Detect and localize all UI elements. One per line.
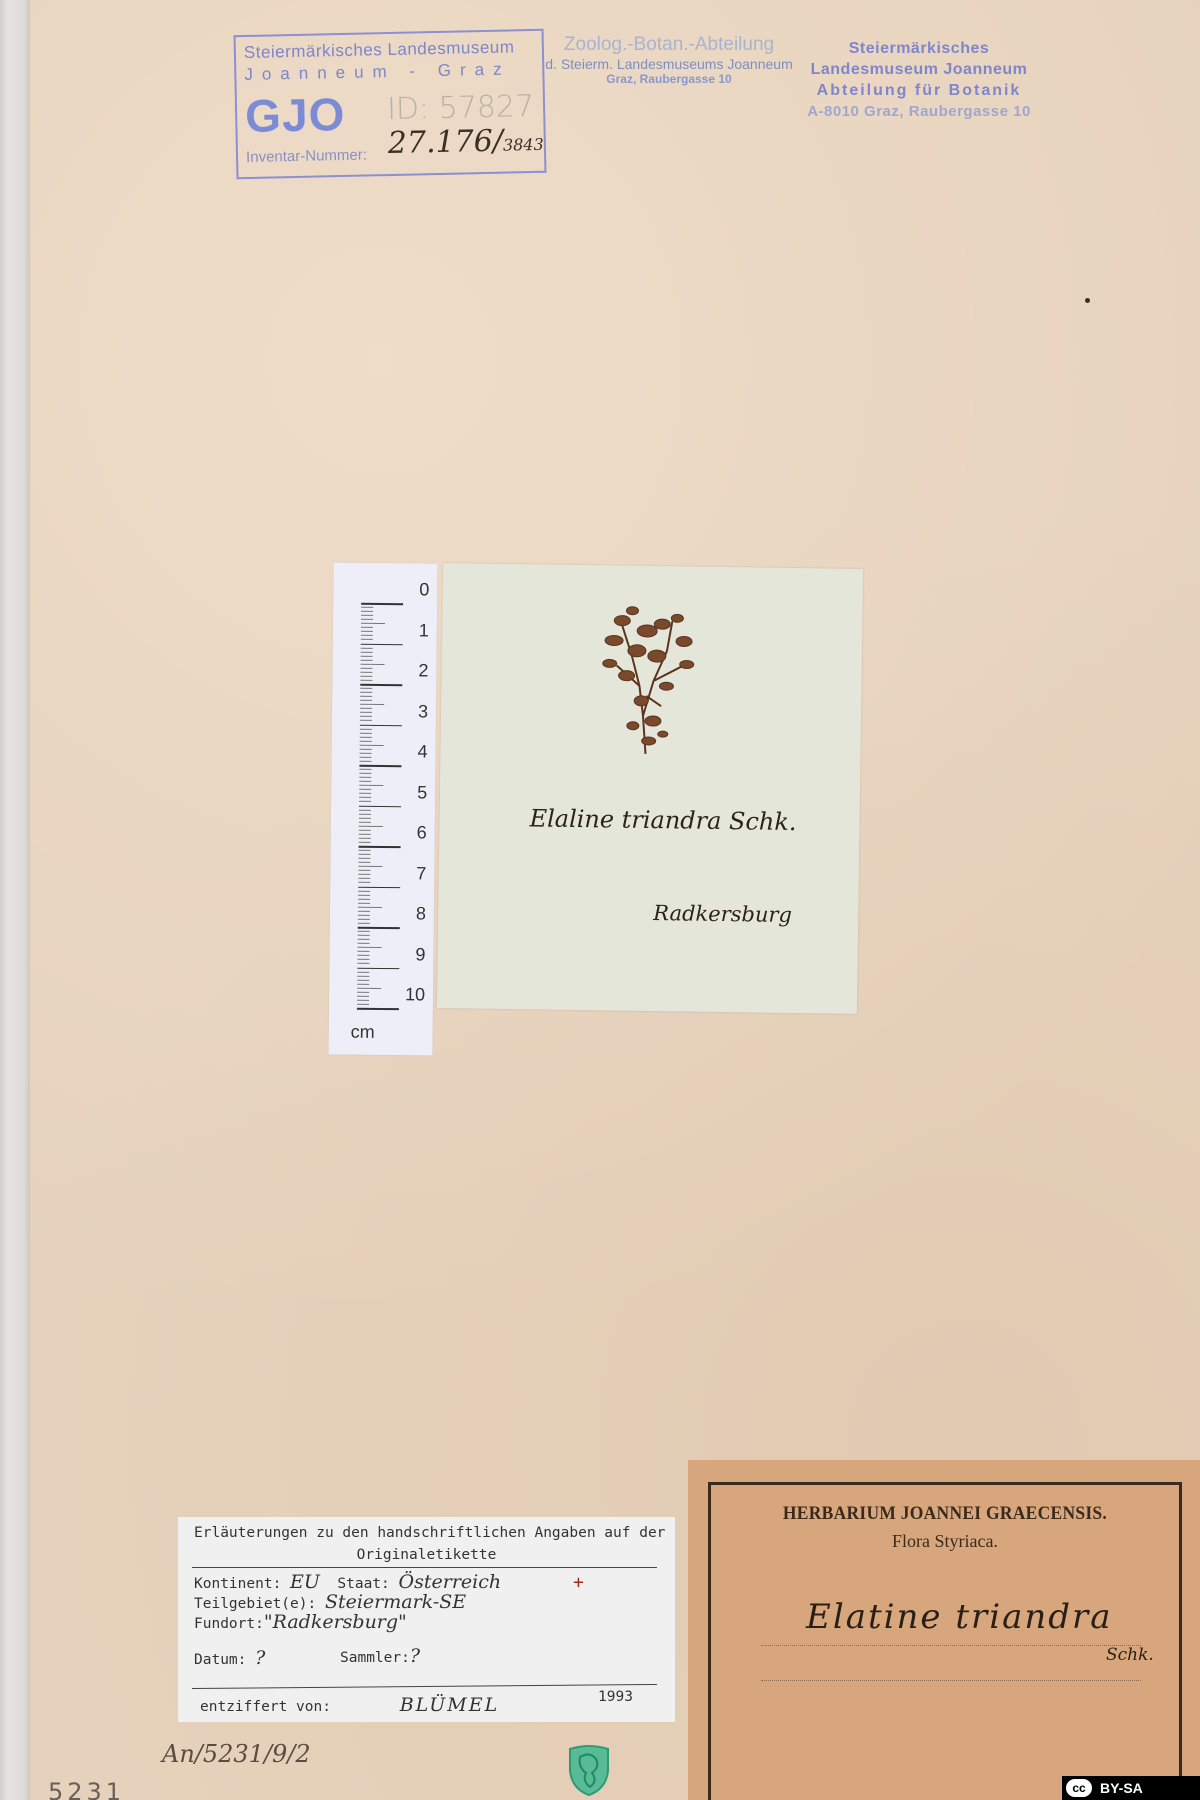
collector-field: Sammler:? xyxy=(340,1645,420,1667)
ruler-tick xyxy=(358,886,400,888)
ruler-tick xyxy=(360,757,372,758)
ruler-tick xyxy=(359,854,371,855)
ruler-tick xyxy=(360,712,372,713)
ruler-tick xyxy=(360,668,372,669)
ruler-tick xyxy=(360,692,372,693)
deciphered-label: entziffert von: xyxy=(200,1699,331,1715)
ruler-tick xyxy=(360,736,372,737)
cm-scale-ruler: cm 012345678910 xyxy=(328,562,437,1055)
ruler-tick xyxy=(360,753,372,754)
ruler-tick xyxy=(360,684,402,686)
locality-value: "Radkersburg" xyxy=(264,1611,407,1633)
ruler-tick xyxy=(361,664,385,665)
ruler-tick xyxy=(360,700,372,701)
ruler-tick xyxy=(358,923,370,924)
ruler-tick xyxy=(360,696,372,697)
ruler-tick xyxy=(360,745,384,746)
continent-label: Kontinent: xyxy=(194,1576,281,1592)
ruler-tick xyxy=(361,627,373,628)
ruler-tick xyxy=(360,672,372,673)
ruler-tick xyxy=(361,659,373,660)
ruler-mark: 9 xyxy=(415,944,425,965)
ruler-tick xyxy=(359,813,371,814)
ruler-tick xyxy=(357,979,369,980)
ruler-tick xyxy=(357,1000,369,1001)
ruler-tick xyxy=(359,825,383,826)
ruler-tick xyxy=(358,878,370,879)
ruler-tick xyxy=(360,704,384,705)
ruler-tick xyxy=(358,902,370,903)
ruler-mark: 5 xyxy=(417,782,427,803)
ruler-mark: 2 xyxy=(418,660,428,681)
transcription-subtitle: Originaletikette xyxy=(178,1547,675,1563)
ruler-tick xyxy=(361,651,373,652)
herbarium-subtitle: Flora Styriaca. xyxy=(711,1531,1179,1552)
botany-department-stamp: Steiermärkisches Landesmuseum Joanneum A… xyxy=(796,38,1042,122)
cc-icon: cc xyxy=(1066,1779,1092,1797)
ruler-tick xyxy=(361,647,373,648)
ruler-tick xyxy=(358,858,370,859)
ruler-tick xyxy=(357,983,369,984)
ruler-tick xyxy=(360,720,372,721)
ruler-tick xyxy=(361,655,373,656)
ruler-tick xyxy=(358,874,370,875)
red-mark: + xyxy=(573,1572,584,1593)
license-badge: cc BY-SA xyxy=(1062,1776,1200,1800)
ruler-tick xyxy=(359,809,371,810)
ruler-tick xyxy=(358,882,370,883)
ruler-tick xyxy=(361,635,373,636)
ruler-tick xyxy=(357,963,369,964)
ruler-tick xyxy=(361,631,373,632)
ruler-tick xyxy=(359,801,371,802)
specimen-id: ID: 57827 xyxy=(387,89,535,127)
dotted-line xyxy=(761,1645,1141,1646)
ruler-tick xyxy=(359,785,383,786)
scanner-edge xyxy=(0,0,30,1800)
stamp-line: Steiermärkisches xyxy=(796,38,1042,59)
herbarium-title: HERBARIUM JOANNEI GRAECENSIS. xyxy=(730,1503,1161,1525)
ruler-tick xyxy=(360,740,372,741)
ruler-tick xyxy=(361,603,403,605)
ruler-tick xyxy=(358,927,400,929)
ruler-tick xyxy=(360,688,372,689)
ruler-tick xyxy=(358,894,370,895)
ruler-tick xyxy=(358,870,370,871)
ruler-tick xyxy=(359,793,371,794)
ruler-tick xyxy=(358,931,370,932)
ruler-tick xyxy=(358,915,370,916)
ruler-tick xyxy=(359,838,371,839)
ruler-tick xyxy=(359,817,371,818)
state-label: Staat: xyxy=(337,1576,389,1592)
ruler-tick xyxy=(360,716,372,717)
ruler-tick xyxy=(359,777,371,778)
ruler-tick xyxy=(359,805,401,807)
date-value: ? xyxy=(255,1647,265,1669)
green-coat-of-arms-icon xyxy=(566,1743,612,1797)
ruler-tick xyxy=(360,680,372,681)
ruler-tick xyxy=(360,728,372,729)
ruler-tick xyxy=(359,765,401,767)
paper-speck xyxy=(1085,298,1090,303)
ruler-tick xyxy=(359,842,371,843)
ruler-tick xyxy=(357,1004,369,1005)
ruler-tick xyxy=(359,830,371,831)
locality-label: Fundort: xyxy=(194,1616,264,1632)
ruler-tick xyxy=(357,955,369,956)
subregion-label: Teilgebiet(e): xyxy=(194,1596,316,1612)
ruler-mark: 3 xyxy=(418,701,428,722)
ruler-tick xyxy=(359,846,401,848)
ruler-unit: cm xyxy=(351,1022,375,1043)
ruler-mark: 1 xyxy=(419,620,429,641)
deciphered-value: BLÜMEL xyxy=(400,1694,500,1716)
ruler-mark: 0 xyxy=(419,579,429,600)
ruler-tick xyxy=(358,951,370,952)
ruler-mark: 4 xyxy=(417,741,427,762)
herbarium-author: Schk. xyxy=(1106,1645,1154,1665)
ruler-tick xyxy=(360,749,372,750)
subregion-field: Teilgebiet(e): Steiermark-SE xyxy=(194,1591,466,1613)
zoology-botany-stamp: Zoolog.-Botan.-Abteilung d. Steierm. Lan… xyxy=(544,34,794,86)
herbarium-taxon: Elatine triandra xyxy=(806,1597,1113,1637)
ruler-tick xyxy=(361,615,373,616)
ruler-tick xyxy=(358,911,370,912)
dotted-line xyxy=(761,1680,1141,1681)
date-label: Datum: xyxy=(194,1652,246,1668)
ruler-tick xyxy=(361,643,403,645)
specimen-paper: Elaline triandra Schk. Radkersburg xyxy=(437,563,863,1014)
divider xyxy=(192,1684,657,1689)
inventory-number-sub: 3843 xyxy=(503,135,544,155)
ruler-tick xyxy=(359,821,371,822)
ruler-mark: 10 xyxy=(405,984,425,1005)
ruler-tick xyxy=(357,1008,399,1010)
herbarium-label: HERBARIUM JOANNEI GRAECENSIS. Flora Styr… xyxy=(688,1460,1200,1800)
state-value: Österreich xyxy=(399,1571,502,1593)
ruler-tick xyxy=(357,992,369,993)
ruler-tick xyxy=(358,939,370,940)
subregion-value: Steiermark-SE xyxy=(325,1591,466,1613)
ruler-tick xyxy=(357,959,369,960)
continent-value: EU xyxy=(290,1571,320,1593)
ruler-tick xyxy=(358,866,382,867)
ruler-tick xyxy=(359,781,371,782)
inventory-label: Inventar-Nummer: xyxy=(246,146,367,166)
stamp-line: d. Steierm. Landesmuseums Joanneum xyxy=(544,56,794,72)
inventory-number: 27.176/3843 xyxy=(387,123,543,161)
collector-value: ? xyxy=(410,1645,420,1667)
ruler-tick xyxy=(358,898,370,899)
ruler-tick xyxy=(358,862,370,863)
ruler-tick xyxy=(360,708,372,709)
ruler-tick xyxy=(360,724,402,726)
stamp-line: Graz, Raubergasse 10 xyxy=(544,72,794,86)
stamp-line: A-8010 Graz, Raubergasse 10 xyxy=(796,101,1042,122)
ruler-mark: 8 xyxy=(416,903,426,924)
transcription-label: Erläuterungen zu den handschriftlichen A… xyxy=(178,1517,675,1722)
ruler-tick xyxy=(357,987,381,988)
ruler-tick xyxy=(357,975,369,976)
ruler-tick xyxy=(358,919,370,920)
inventory-number-main: 27.176/ xyxy=(387,124,503,161)
plant-specimen-icon xyxy=(590,595,702,757)
transcription-title: Erläuterungen zu den handschriftlichen A… xyxy=(194,1525,665,1541)
ruler-tick xyxy=(359,761,371,762)
gjo-logo: GJO xyxy=(245,87,346,143)
ruler-tick xyxy=(360,676,372,677)
ruler-tick xyxy=(360,732,372,733)
ruler-mark: 7 xyxy=(416,863,426,884)
herbarium-label-frame: HERBARIUM JOANNEI GRAECENSIS. Flora Styr… xyxy=(708,1482,1182,1800)
ruler-tick xyxy=(361,623,385,624)
ruler-tick xyxy=(358,906,382,907)
ruler-tick xyxy=(359,773,371,774)
stamp-line: Zoolog.-Botan.-Abteilung xyxy=(544,34,794,56)
date-field: Datum: ? xyxy=(194,1647,265,1669)
ruler-tick xyxy=(357,996,369,997)
ruler-tick xyxy=(359,769,371,770)
stamp-museum-city: Joanneum - Graz xyxy=(244,59,511,85)
collector-label: Sammler: xyxy=(340,1650,410,1666)
ruler-tick xyxy=(358,943,370,944)
deciphered-field: entziffert von: BLÜMEL xyxy=(200,1694,499,1716)
catalog-number: 5231 xyxy=(48,1778,125,1800)
license-label: BY-SA xyxy=(1100,1780,1143,1796)
ruler-tick xyxy=(358,947,382,948)
ruler-tick xyxy=(357,971,369,972)
ruler-tick xyxy=(359,797,371,798)
ruler-tick xyxy=(361,639,373,640)
museum-inventory-stamp: Steiermärkisches Landesmuseum Joanneum -… xyxy=(234,29,547,179)
ruler-tick xyxy=(359,834,371,835)
specimen-taxon-handwriting: Elaline triandra Schk. xyxy=(529,804,796,836)
ruler-tick xyxy=(361,619,373,620)
ruler-mark: 6 xyxy=(417,822,427,843)
ruler-tick xyxy=(359,850,371,851)
ruler-tick xyxy=(358,935,370,936)
ruler-tick xyxy=(358,890,370,891)
stamp-museum-name: Steiermärkisches Landesmuseum xyxy=(244,37,515,63)
ruler-tick xyxy=(359,789,371,790)
stamp-line: Abteilung für Botanik xyxy=(796,80,1042,101)
divider xyxy=(192,1567,657,1568)
ruler-tick xyxy=(361,611,373,612)
handwritten-reference: An/5231/9/2 xyxy=(162,1740,311,1768)
ruler-tick xyxy=(357,967,399,969)
specimen-locality-handwriting: Radkersburg xyxy=(653,901,792,927)
continent-field: Kontinent: EU Staat: Österreich xyxy=(194,1571,501,1593)
locality-field: Fundort:"Radkersburg" xyxy=(194,1611,407,1633)
year: 1993 xyxy=(598,1689,633,1705)
ruler-tick xyxy=(361,607,373,608)
stamp-line: Landesmuseum Joanneum xyxy=(796,59,1042,80)
